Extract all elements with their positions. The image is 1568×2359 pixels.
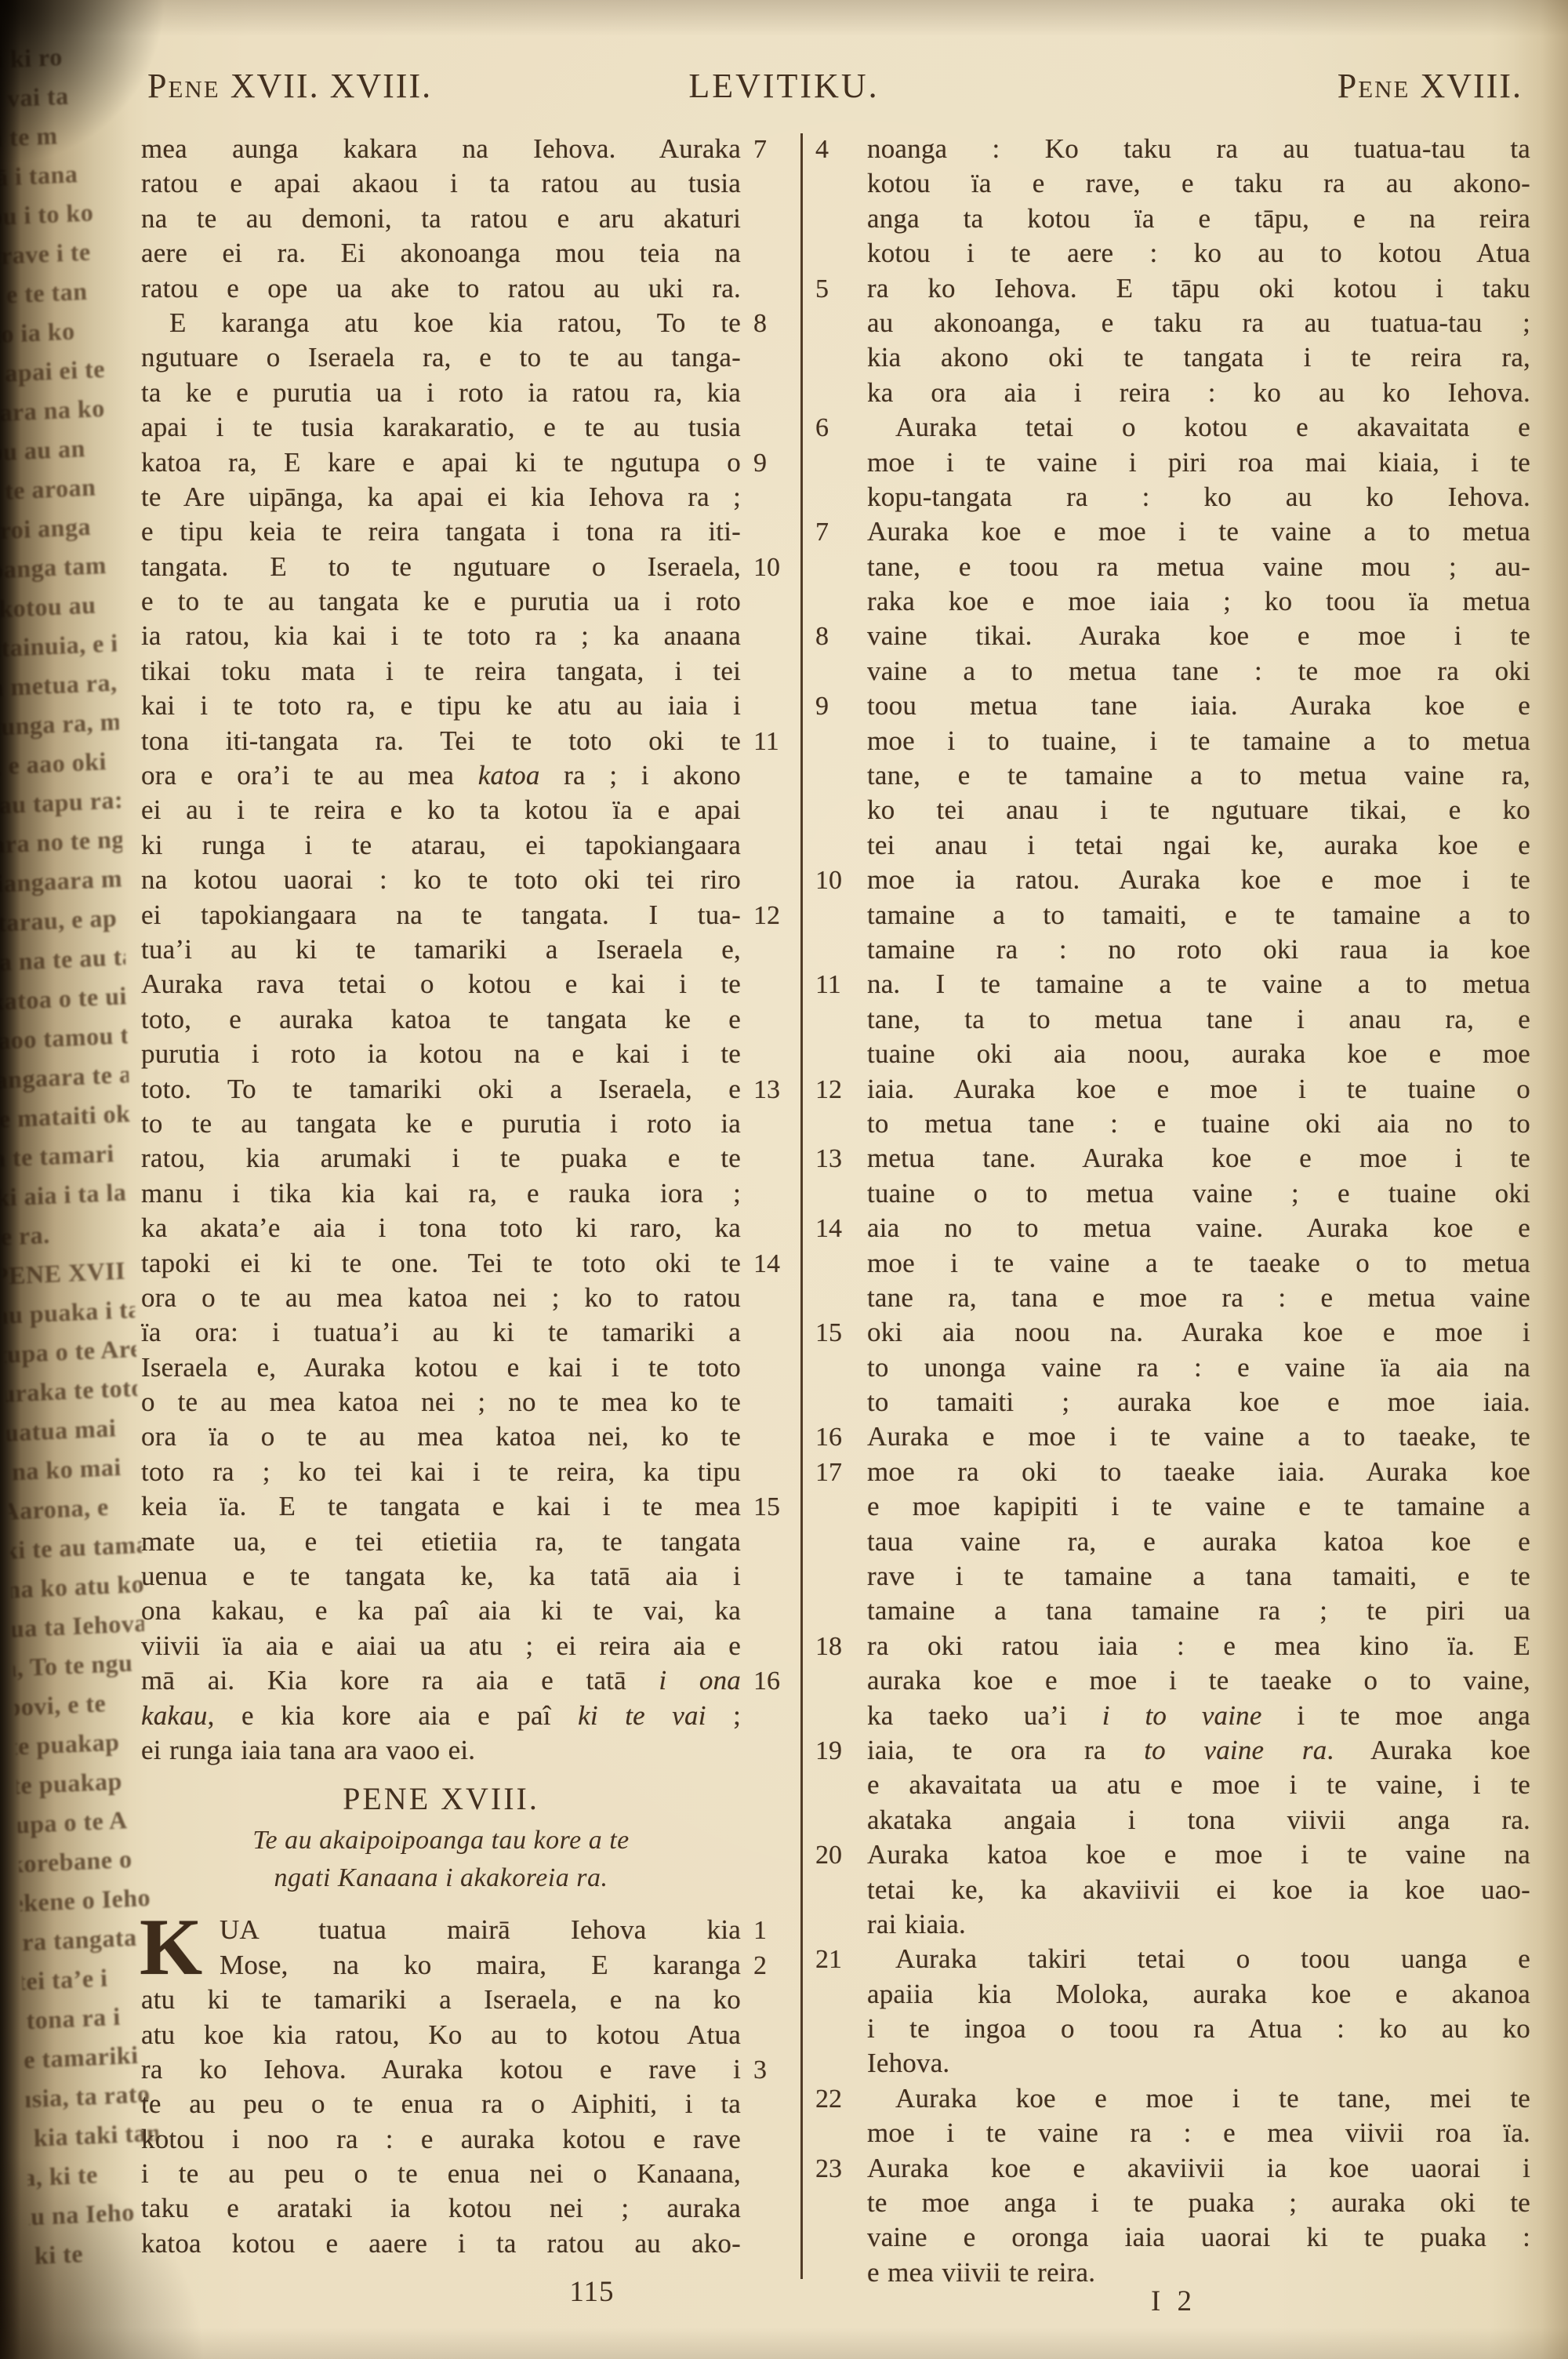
text-line: 6Auraka tetai o kotou e akavaitata e — [815, 410, 1530, 445]
text-line: tona iti-tangata ra. Tei te toto oki te1… — [141, 724, 792, 758]
text-line: 20Auraka katoa koe e moe i te vaine na — [815, 1837, 1530, 1872]
line-text: ki runga i te atarau, ei tapokiangaara — [141, 828, 741, 863]
text-line: raka koe e moe iaia ; ko toou ïa metua — [815, 584, 1530, 619]
line-text: tamaine a to tamaiti, e te tamaine a to — [867, 898, 1530, 932]
text-line: ki runga i te atarau, ei tapokiangaara — [141, 828, 792, 863]
line-text: kotou i noo ra : e auraka kotou e rave — [141, 2122, 741, 2157]
text-line: ïa ora: i tuatua’i au ki te tamariki a — [141, 1315, 792, 1350]
chapter-heading: PENE XVIII. — [141, 1780, 741, 1817]
line-text: taua vaine ra, e auraka katoa koe e — [867, 1525, 1530, 1559]
text-line: Iseraela e, Auraka kotou e kai i te toto — [141, 1350, 792, 1385]
verse-number: 2 — [741, 1949, 792, 1983]
book-page: ai ei ki ronga vai tae ki te me rā i tan… — [0, 0, 1568, 2359]
line-text: Auraka koe e moe i te tane, mei te — [867, 2081, 1530, 2116]
text-line: E karanga atu koe kia ratou, To te8 — [141, 306, 792, 340]
text-line: mea aunga kakara na Iehova. Auraka7 — [141, 132, 792, 166]
line-text: keia ïa. E te tangata e kai i te mea — [141, 1489, 741, 1524]
line-text: kakau, e kia kore aia e paî ki te vai ; — [141, 1699, 741, 1733]
verse-number: 11 — [741, 725, 792, 759]
text-line: ei au i te reira e ko ta kotou ïa e apai — [141, 793, 792, 827]
line-text: tuaine o to metua vaine ; e tuaine oki — [867, 1176, 1530, 1211]
verse-number: 13 — [741, 1073, 792, 1107]
text-line: rai kiaia. — [815, 1907, 1530, 1942]
line-text: kotou ïa e rave, e taku ra au akono- — [867, 166, 1530, 201]
text-line: tamaine a to tamaiti, e te tamaine a to — [815, 898, 1530, 932]
text-line: aere ei ra. Ei akonoanga mou teia na — [141, 236, 792, 271]
line-text: ra ko Iehova. Auraka kotou e rave i — [141, 2052, 741, 2087]
text-line: taua vaine ra, e auraka katoa koe e — [815, 1525, 1530, 1559]
text-line: ratou e apai akaou i ta ratou au tusia — [141, 166, 792, 201]
text-line: auraka koe e moe i te taeake o to vaine, — [815, 1663, 1530, 1698]
verse-number: 10 — [741, 551, 792, 585]
text-line: apai i te tusia karakaratio, e te au tus… — [141, 410, 792, 445]
line-text: iaia. Auraka koe e moe i te tuaine o — [867, 1072, 1530, 1107]
verse-number: 16 — [815, 1420, 867, 1455]
text-line: uenua e te tangata ke, ka tatā aia i — [141, 1559, 792, 1594]
line-text: tapoki ei ki te one. Tei te toto oki te — [141, 1246, 741, 1281]
line-text: ïa ora: i tuatua’i au ki te tamariki a — [141, 1315, 741, 1350]
line-text: vaine a to metua tane : te moe ra oki — [867, 654, 1530, 689]
line-text: iaia, te ora ra to vaine ra. Auraka koe — [867, 1733, 1530, 1768]
text-line: ka ora aia i reira : ko au ko Iehova. — [815, 376, 1530, 410]
text-line: ora e ora’i te au mea katoa ra ; i akono — [141, 758, 792, 793]
text-line: taku e arataki ia kotou nei ; auraka — [141, 2191, 792, 2226]
text-line: 16Auraka e moe i te vaine a to taeake, t… — [815, 1419, 1530, 1454]
text-line: moe i te vaine ra : e mea viivii roa ïa. — [815, 2116, 1530, 2150]
text-line: ei tapokiangaara na te tangata. I tua-12 — [141, 898, 792, 932]
right-column: 4noanga : Ko taku ra au tuatua-tau takot… — [815, 132, 1530, 2290]
line-text: akataka angaia i tona viivii anga ra. — [867, 1803, 1530, 1837]
text-line: tetai ke, ka akaviivii ei koe ia koe uao… — [815, 1873, 1530, 1907]
verse-number: 1 — [741, 1914, 792, 1948]
text-line: to te au tangata ke e purutia i roto ia — [141, 1107, 792, 1141]
text-line: viivii ïa aia e aiai ua atu ; ei reira a… — [141, 1629, 792, 1663]
line-text: e moe kapipiti i te vaine e te tamaine a — [867, 1489, 1530, 1524]
drop-cap: K — [140, 1911, 202, 1983]
line-text: to tamaiti ; auraka koe e moe iaia. — [867, 1385, 1530, 1419]
verse-number: 22 — [815, 2082, 867, 2117]
text-line: to tamaiti ; auraka koe e moe iaia. — [815, 1385, 1530, 1419]
line-text: tei anau i tetai ngai ke, auraka koe e — [867, 828, 1530, 863]
line-text: kopu-tangata ra : ko au ko Iehova. — [867, 480, 1530, 514]
line-text: Iseraela e, Auraka kotou e kai i te toto — [141, 1350, 741, 1385]
verse-number: 7 — [741, 133, 792, 167]
line-text: ei tapokiangaara na te tangata. I tua- — [141, 898, 741, 932]
text-line: ora o te au mea katoa nei ; ko to ratou — [141, 1281, 792, 1315]
line-text: au akonoanga, e taku ra au tuatua-tau ; — [867, 306, 1530, 340]
text-line: i te ingoa o toou ra Atua : ko au ko — [815, 2012, 1530, 2046]
text-line: e akavaitata ua atu e moe i te vaine, i … — [815, 1768, 1530, 1802]
verse-number: 20 — [815, 1838, 867, 1873]
text-line: ra ko Iehova. Auraka kotou e rave i3 — [141, 2052, 792, 2087]
line-text: e mea viivii te reira. — [867, 2255, 1530, 2290]
text-line: 23Auraka koe e akaviivii ia koe uaorai i — [815, 2151, 1530, 2186]
text-line: 4noanga : Ko taku ra au tuatua-tau ta — [815, 132, 1530, 166]
text-line: tikai toku mata i te reira tangata, i te… — [141, 654, 792, 689]
line-text: ora e ora’i te au mea katoa ra ; i akono — [141, 758, 741, 793]
text-line: Mose, na ko maira, E karanga2 — [141, 1948, 792, 1983]
line-text: ona kakau, e ka paî aia ki te vai, ka — [141, 1594, 741, 1628]
line-text: purutia i roto ia kotou na e kai i te — [141, 1037, 741, 1071]
line-text: ei runga iaia tana ara vaoo ei. — [141, 1733, 741, 1768]
text-line: 5ra ko Iehova. E tāpu oki kotou i taku — [815, 271, 1530, 306]
line-text: anga ta kotou ïa e tāpu, e na reira — [867, 202, 1530, 236]
signature-mark: I 2 — [1151, 2284, 1196, 2318]
text-line: kotou i te aere : ko au to kotou Atua — [815, 236, 1530, 271]
line-text: Mose, na ko maira, E karanga — [141, 1948, 741, 1983]
text-line: rave i te tamaine a tana tamaiti, e te — [815, 1559, 1530, 1594]
verse-number: 19 — [815, 1734, 867, 1768]
line-text: atu koe kia ratou, Ko au to kotou Atua — [141, 2018, 741, 2052]
line-text: auraka koe e moe i te taeake o to vaine, — [867, 1663, 1530, 1698]
text-line: na kotou uaorai : ko te toto oki tei rir… — [141, 863, 792, 897]
line-text: te moe anga i te puaka ; auraka oki te — [867, 2186, 1530, 2220]
text-line: manu i tika kia kai ra, e rauka iora ; — [141, 1176, 792, 1211]
line-text: tane, e te tamaine a to metua vaine ra, — [867, 758, 1530, 793]
text-line: katoa ra, E kare e apai ki te ngutupa o9 — [141, 445, 792, 480]
page-number: 115 — [569, 2275, 614, 2309]
text-line: tuaine oki aia noou, auraka koe e moe — [815, 1037, 1530, 1071]
line-text: Auraka koe e akaviivii ia koe uaorai i — [867, 2151, 1530, 2186]
verse-number: 8 — [815, 620, 867, 654]
verse-number: 21 — [815, 1943, 867, 1977]
verse-number: 11 — [815, 968, 867, 1002]
verse-number: 14 — [741, 1247, 792, 1281]
text-line: moe i te vaine a te taeake o to metua — [815, 1246, 1530, 1281]
line-text: rave i te tamaine a tana tamaiti, e te — [867, 1559, 1530, 1594]
text-line: e tipu keia te reira tangata i tona ra i… — [141, 514, 792, 549]
line-text: ratou, kia arumaki i te puaka e te — [141, 1141, 741, 1176]
verse-number: 9 — [815, 689, 867, 724]
line-text: tuaine oki aia noou, auraka koe e moe — [867, 1037, 1530, 1071]
text-line: au akonoanga, e taku ra au tuatua-tau ; — [815, 306, 1530, 340]
text-line: 22Auraka koe e moe i te tane, mei te — [815, 2081, 1530, 2116]
text-line: toto ra ; ko tei kai i te reira, ka tipu — [141, 1455, 792, 1489]
verse-number: 9 — [741, 446, 792, 481]
line-text: aia no to metua vaine. Auraka koe e — [867, 1211, 1530, 1245]
text-line: te Are uipānga, ka apai ei kia Iehova ra… — [141, 480, 792, 514]
text-line: tane ra, tana e moe ra : e metua vaine — [815, 1281, 1530, 1315]
text-line: 11na. I te tamaine a te vaine a to metua — [815, 967, 1530, 1001]
line-text: ka akata’e aia i tona toto ki raro, ka — [141, 1211, 741, 1245]
line-text: Auraka rava tetai o kotou e kai i te — [141, 967, 741, 1001]
text-line: 8vaine tikai. Auraka koe e moe i te — [815, 619, 1530, 653]
text-line: o te au mea katoa nei ; no te mea ko te — [141, 1385, 792, 1419]
line-text: tua’i au ki te tamariki a Iseraela e, — [141, 932, 741, 967]
text-line: purutia i roto ia kotou na e kai i te — [141, 1037, 792, 1071]
line-text: moe i to tuaine, i te tamaine a to metua — [867, 724, 1530, 758]
verse-number: 3 — [741, 2053, 792, 2088]
line-text: toto. To te tamariki oki a Iseraela, e — [141, 1072, 741, 1107]
line-text: taku e arataki ia kotou nei ; auraka — [141, 2191, 741, 2226]
line-text: aere ei ra. Ei akonoanga mou teia na — [141, 236, 741, 271]
line-text: to te au tangata ke e purutia i roto ia — [141, 1107, 741, 1141]
line-text: i te ingoa o toou ra Atua : ko au ko — [867, 2012, 1530, 2046]
text-line: ka akata’e aia i tona toto ki raro, ka — [141, 1211, 792, 1245]
left-column-lines: mea aunga kakara na Iehova. Auraka7ratou… — [141, 132, 792, 1768]
line-text: rai kiaia. — [867, 1907, 1530, 1942]
page-content: Pene XVII. XVIII. LEVITIKU. Pene XVIII. … — [0, 0, 1568, 2359]
text-line: vaine a to metua tane : te moe ra oki — [815, 654, 1530, 689]
text-line: 18ra oki ratou iaia : e mea kino ïa. E — [815, 1629, 1530, 1663]
line-text: UA tuatua mairā Iehova kia — [141, 1913, 741, 1947]
text-line: tamaine ra : no roto oki raua ia koe — [815, 932, 1530, 967]
text-line: kotou ïa e rave, e taku ra au akono- — [815, 166, 1530, 201]
line-text: ra oki ratou iaia : e mea kino ïa. E — [867, 1629, 1530, 1663]
line-text: na. I te tamaine a te vaine a to metua — [867, 967, 1530, 1001]
text-line: ia ratou, kia kai i te toto ra ; ka anaa… — [141, 619, 792, 653]
text-line: 17moe ra oki to taeake iaia. Auraka koe — [815, 1455, 1530, 1489]
line-text: na te au demoni, ta ratou e aru akaturi — [141, 202, 741, 236]
line-text: raka koe e moe iaia ; ko toou ïa metua — [867, 584, 1530, 619]
text-line: tane, e toou ra metua vaine mou ; au- — [815, 550, 1530, 584]
text-line: e to te au tangata ke e purutia ua i rot… — [141, 584, 792, 619]
line-text: e to te au tangata ke e purutia ua i rot… — [141, 584, 741, 619]
text-line: tamaine a tana tamaine ra ; te piri ua — [815, 1594, 1530, 1628]
line-text: to unonga vaine ra : e vaine ïa aia na — [867, 1350, 1530, 1385]
line-text: tane, ta to metua tane i anau ra, e — [867, 1002, 1530, 1037]
line-text: katoa ra, E kare e apai ki te ngutupa o — [141, 445, 741, 480]
left-column: mea aunga kakara na Iehova. Auraka7ratou… — [141, 132, 792, 2261]
line-text: moe i te vaine i piri roa mai kiaia, i t… — [867, 445, 1530, 480]
line-text: toou metua tane iaia. Auraka koe e — [867, 689, 1530, 723]
text-line: kopu-tangata ra : ko au ko Iehova. — [815, 480, 1530, 514]
text-line: 21Auraka takiri tetai o toou uanga e — [815, 1942, 1530, 1976]
verse-number: 6 — [815, 411, 867, 445]
line-text: kia akono oki te tangata i te reira ra, — [867, 340, 1530, 375]
line-text: te Are uipānga, ka apai ei kia Iehova ra… — [141, 480, 741, 514]
line-text: metua tane. Auraka koe e moe i te — [867, 1141, 1530, 1176]
line-text: uenua e te tangata ke, ka tatā aia i — [141, 1559, 741, 1594]
text-line: ona kakau, e ka paî aia ki te vai, ka — [141, 1594, 792, 1628]
line-text: ngutuare o Iseraela ra, e to te au tanga… — [141, 340, 741, 375]
line-text: viivii ïa aia e aiai ua atu ; ei reira a… — [141, 1629, 741, 1663]
verse-number: 12 — [815, 1073, 867, 1107]
text-line: ratou e ope ua ake to ratou au uki ra. — [141, 271, 792, 306]
line-text: mate ua, e tei etietiia ra, te tangata — [141, 1525, 741, 1559]
line-text: ko tei anau i te ngutuare tikai, e ko — [867, 793, 1530, 827]
line-text: te au peu o te enua ra o Aiphiti, i ta — [141, 2087, 741, 2121]
chapter-subtitle-line: ngati Kanaana i akakoreia ra. — [141, 1859, 741, 1897]
running-header: Pene XVII. XVIII. LEVITIKU. Pene XVIII. — [0, 66, 1568, 110]
line-text: mea aunga kakara na Iehova. Auraka — [141, 132, 741, 166]
text-line: ei runga iaia tana ara vaoo ei. — [141, 1733, 792, 1768]
line-text: vaine tikai. Auraka koe e moe i te — [867, 619, 1530, 653]
line-text: na kotou uaorai : ko te toto oki tei rir… — [141, 863, 741, 897]
text-line: 10moe ia ratou. Auraka koe e moe i te — [815, 863, 1530, 897]
verse-number: 14 — [815, 1212, 867, 1246]
line-text: tetai ke, ka akaviivii ei koe ia koe uao… — [867, 1873, 1530, 1907]
line-text: to metua tane : e tuaine oki aia no to — [867, 1107, 1530, 1141]
text-line: tane, e te tamaine a to metua vaine ra, — [815, 758, 1530, 793]
line-text: tangata. E to te ngutuare o Iseraela, — [141, 550, 741, 584]
line-text: moe ra oki to taeake iaia. Auraka koe — [867, 1455, 1530, 1489]
verse-number: 10 — [815, 863, 867, 898]
line-text: apai i te tusia karakaratio, e te au tus… — [141, 410, 741, 445]
text-line: to unonga vaine ra : e vaine ïa aia na — [815, 1350, 1530, 1385]
line-text: ei au i te reira e ko ta kotou ïa e apai — [141, 793, 741, 827]
text-line: vaine e oronga iaia uaorai ki te puaka : — [815, 2220, 1530, 2255]
line-text: tane ra, tana e moe ra : e metua vaine — [867, 1281, 1530, 1315]
text-line: kakau, e kia kore aia e paî ki te vai ; — [141, 1699, 792, 1733]
line-text: i te au peu o te enua nei o Kanaana, — [141, 2157, 741, 2191]
verse-number: 5 — [815, 272, 867, 307]
text-line: te au peu o te enua ra o Aiphiti, i ta — [141, 2087, 792, 2121]
line-text: tane, e toou ra metua vaine mou ; au- — [867, 550, 1530, 584]
text-line: atu koe kia ratou, Ko au to kotou Atua — [141, 2018, 792, 2052]
verse-number: 7 — [815, 515, 867, 550]
text-line: tane, ta to metua tane i anau ra, e — [815, 1002, 1530, 1037]
line-text: toto ra ; ko tei kai i te reira, ka tipu — [141, 1455, 741, 1489]
line-text: atu ki te tamariki a Iseraela, e na ko — [141, 1983, 741, 2017]
text-line: kia akono oki te tangata i te reira ra, — [815, 340, 1530, 375]
text-line: e moe kapipiti i te vaine e te tamaine a — [815, 1489, 1530, 1524]
line-text: moe i te vaine ra : e mea viivii roa ïa. — [867, 2116, 1530, 2150]
text-line: moe i to tuaine, i te tamaine a to metua — [815, 724, 1530, 758]
text-line: te moe anga i te puaka ; auraka oki te — [815, 2186, 1530, 2220]
line-text: manu i tika kia kai ra, e rauka iora ; — [141, 1176, 741, 1211]
line-text: Auraka tetai o kotou e akavaitata e — [867, 410, 1530, 445]
text-line: tangata. E to te ngutuare o Iseraela,10 — [141, 550, 792, 584]
verse-number: 18 — [815, 1630, 867, 1664]
verse-number: 13 — [815, 1142, 867, 1176]
text-line: 12iaia. Auraka koe e moe i te tuaine o — [815, 1072, 1530, 1107]
line-text: ra ko Iehova. E tāpu oki kotou i taku — [867, 271, 1530, 306]
text-line: tua’i au ki te tamariki a Iseraela e, — [141, 932, 792, 967]
line-text: o te au mea katoa nei ; no te mea ko te — [141, 1385, 741, 1419]
line-text: Auraka e moe i te vaine a to taeake, te — [867, 1419, 1530, 1454]
text-line: toto, e auraka katoa te tangata ke e — [141, 1002, 792, 1037]
line-text: noanga : Ko taku ra au tuatua-tau ta — [867, 132, 1530, 166]
text-line: 19iaia, te ora ra to vaine ra. Auraka ko… — [815, 1733, 1530, 1768]
text-line: ka taeko ua’i i to vaine i te moe anga — [815, 1699, 1530, 1733]
text-line: tapoki ei ki te one. Tei te toto oki te1… — [141, 1246, 792, 1281]
column-divider-rule — [800, 133, 803, 2279]
header-chapter: Pene XVIII. — [1338, 66, 1523, 106]
text-line: 7Auraka koe e moe i te vaine a to metua — [815, 514, 1530, 549]
text-line: na te au demoni, ta ratou e aru akaturi — [141, 202, 792, 236]
text-line: 15oki aia noou na. Auraka koe e moe i — [815, 1315, 1530, 1350]
line-text: Auraka takiri tetai o toou uanga e — [867, 1942, 1530, 1976]
text-line: 9toou metua tane iaia. Auraka koe e — [815, 689, 1530, 723]
line-text: Iehova. — [867, 2046, 1530, 2081]
text-line: mā ai. Kia kore ra aia e tatā i ona16 — [141, 1663, 792, 1698]
line-text: tamaine ra : no roto oki raua ia koe — [867, 932, 1530, 967]
line-text: tikai toku mata i te reira tangata, i te… — [141, 654, 741, 689]
line-text: Auraka koe e moe i te vaine a to metua — [867, 514, 1530, 549]
line-text: kotou i te aere : ko au to kotou Atua — [867, 236, 1530, 271]
text-line: atu ki te tamariki a Iseraela, e na ko — [141, 1983, 792, 2017]
header-chapter-range: Pene XVII. XVIII. — [147, 66, 432, 106]
text-line: Iehova. — [815, 2046, 1530, 2081]
verse-number: 16 — [741, 1664, 792, 1699]
header-book-title: LEVITIKU. — [688, 66, 879, 106]
verse-number: 23 — [815, 2152, 867, 2186]
line-text: oki aia noou na. Auraka koe e moe i — [867, 1315, 1530, 1350]
text-line: anga ta kotou ïa e tāpu, e na reira — [815, 202, 1530, 236]
text-line: ora ïa o te au mea katoa nei, ko te — [141, 1419, 792, 1454]
text-line: ngutuare o Iseraela ra, e to te au tanga… — [141, 340, 792, 375]
text-line: akataka angaia i tona viivii anga ra. — [815, 1803, 1530, 1837]
text-line: 13metua tane. Auraka koe e moe i te — [815, 1141, 1530, 1176]
line-text: ta ke e purutia ua i roto ia ratou ra, k… — [141, 376, 741, 410]
line-text: ka ora aia i reira : ko au ko Iehova. — [867, 376, 1530, 410]
line-text: moe i te vaine a te taeake o to metua — [867, 1246, 1530, 1281]
text-line: toto. To te tamariki oki a Iseraela, e13 — [141, 1072, 792, 1107]
text-line: UA tuatua mairā Iehova kia1 — [141, 1913, 792, 1947]
text-line: keia ïa. E te tangata e kai i te mea15 — [141, 1489, 792, 1524]
text-line: katoa kotou e aaere i ta ratou au ako- — [141, 2226, 792, 2261]
line-text: ora o te au mea katoa nei ; ko to ratou — [141, 1281, 741, 1315]
line-text: moe ia ratou. Auraka koe e moe i te — [867, 863, 1530, 897]
chapter-opening-lines: K UA tuatua mairā Iehova kia1Mose, na ko… — [141, 1913, 792, 2261]
text-line: moe i te vaine i piri roa mai kiaia, i t… — [815, 445, 1530, 480]
line-text: E karanga atu koe kia ratou, To te — [141, 306, 741, 340]
line-text: ia ratou, kia kai i te toto ra ; ka anaa… — [141, 619, 741, 653]
text-line: 14aia no to metua vaine. Auraka koe e — [815, 1211, 1530, 1245]
text-line: tuaine o to metua vaine ; e tuaine oki — [815, 1176, 1530, 1211]
verse-number: 15 — [741, 1490, 792, 1525]
text-line: ta ke e purutia ua i roto ia ratou ra, k… — [141, 376, 792, 410]
line-text: vaine e oronga iaia uaorai ki te puaka : — [867, 2220, 1530, 2255]
line-text: apaiia kia Moloka, auraka koe e akanoa — [867, 1977, 1530, 2012]
text-line: to metua tane : e tuaine oki aia no to — [815, 1107, 1530, 1141]
line-text: mā ai. Kia kore ra aia e tatā i ona — [141, 1663, 741, 1698]
text-line: ratou, kia arumaki i te puaka e te — [141, 1141, 792, 1176]
line-text: katoa kotou e aaere i ta ratou au ako- — [141, 2226, 741, 2261]
text-line: i te au peu o te enua nei o Kanaana, — [141, 2157, 792, 2191]
text-line: kai i te toto ra, e tipu ke atu au iaia … — [141, 689, 792, 723]
line-text: ka taeko ua’i i to vaine i te moe anga — [867, 1699, 1530, 1733]
text-line: Auraka rava tetai o kotou e kai i te — [141, 967, 792, 1001]
verse-number: 4 — [815, 133, 867, 167]
text-line: apaiia kia Moloka, auraka koe e akanoa — [815, 1977, 1530, 2012]
line-text: tona iti-tangata ra. Tei te toto oki te — [141, 724, 741, 758]
line-text: e akavaitata ua atu e moe i te vaine, i … — [867, 1768, 1530, 1802]
line-text: ratou e ope ua ake to ratou au uki ra. — [141, 271, 741, 306]
line-text: ora ïa o te au mea katoa nei, ko te — [141, 1419, 741, 1454]
text-line: mate ua, e tei etietiia ra, te tangata — [141, 1525, 792, 1559]
line-text: tamaine a tana tamaine ra ; te piri ua — [867, 1594, 1530, 1628]
text-line: ko tei anau i te ngutuare tikai, e ko — [815, 793, 1530, 827]
line-text: e tipu keia te reira tangata i tona ra i… — [141, 514, 741, 549]
verse-number: 17 — [815, 1456, 867, 1490]
line-text: toto, e auraka katoa te tangata ke e — [141, 1002, 741, 1037]
line-text: Auraka katoa koe e moe i te vaine na — [867, 1837, 1530, 1872]
line-text: kai i te toto ra, e tipu ke atu au iaia … — [141, 689, 741, 723]
verse-number: 12 — [741, 899, 792, 933]
text-line: kotou i noo ra : e auraka kotou e rave — [141, 2122, 792, 2157]
line-text: ratou e apai akaou i ta ratou au tusia — [141, 166, 741, 201]
chapter-subtitle-line: Te au akaipoipoanga tau kore a te — [141, 1822, 741, 1859]
verse-number: 15 — [815, 1316, 867, 1350]
verse-number: 8 — [741, 307, 792, 341]
text-line: tei anau i tetai ngai ke, auraka koe e — [815, 828, 1530, 863]
